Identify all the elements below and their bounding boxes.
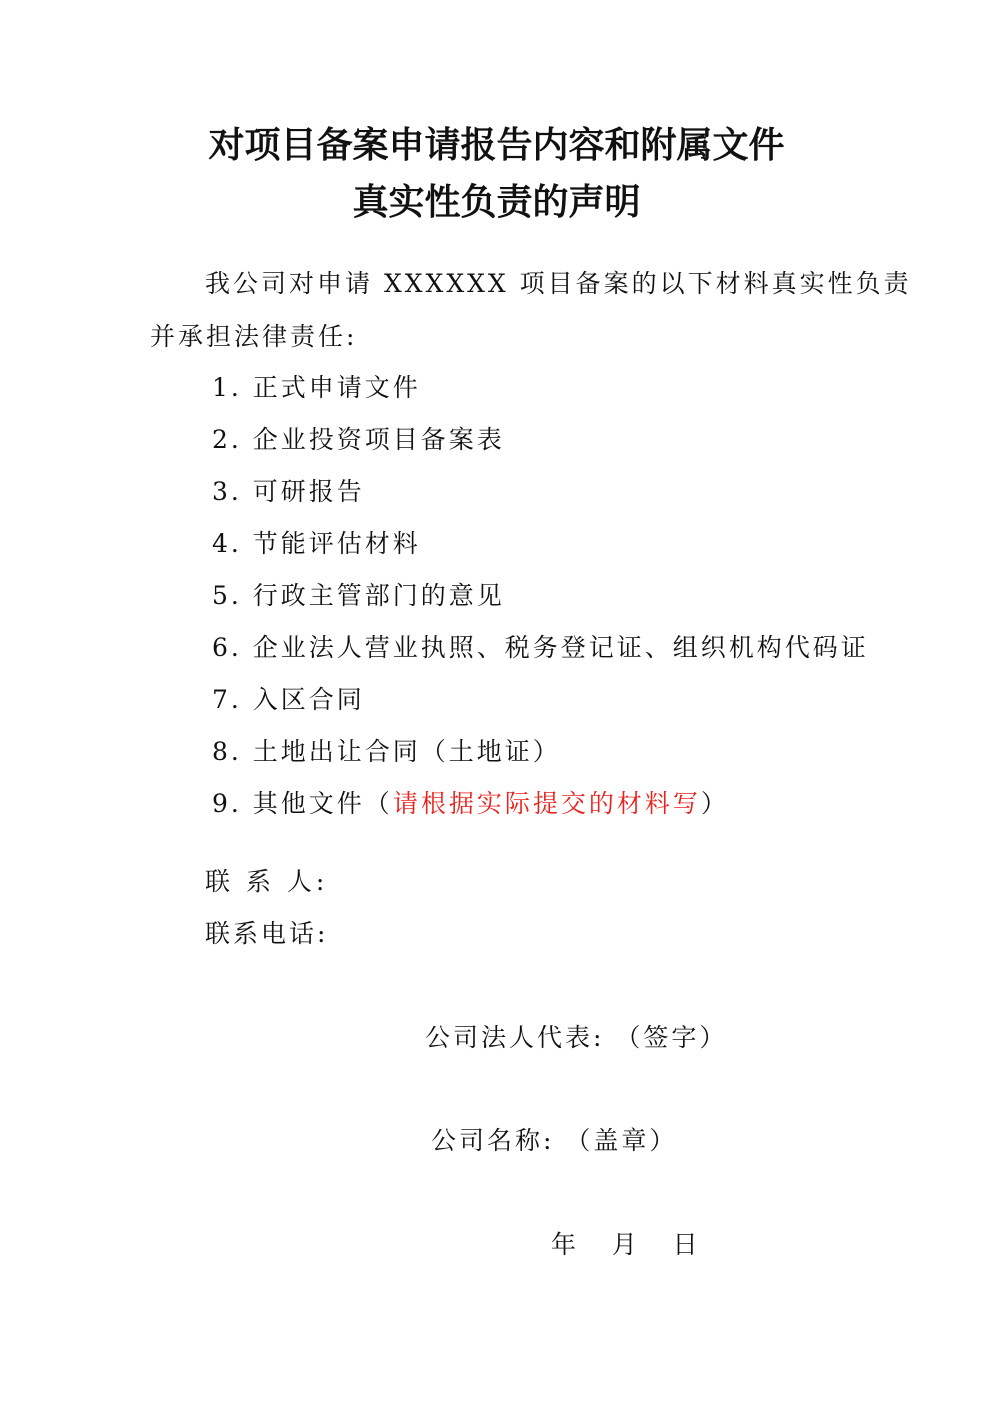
date-line: 年 月 日 — [551, 1229, 701, 1261]
contact-phone-label: 联系电话: — [205, 918, 328, 950]
list-item: 6. 企业法人营业执照、税务登记证、组织机构代码证 — [212, 632, 869, 664]
list-item: 9. 其他文件（请根据实际提交的材料写） — [212, 788, 729, 820]
list-item-suffix: ） — [701, 789, 729, 818]
list-item-label: 9. 其他文件（ — [212, 789, 393, 818]
contact-person-label: 联 系 人: — [205, 866, 328, 898]
document-title-line2: 真实性负责的声明 — [0, 180, 993, 224]
company-name-label: 公司名称: （盖章） — [431, 1125, 677, 1157]
legal-representative-label: 公司法人代表: （签字） — [425, 1022, 727, 1054]
document-title-line1: 对项目备案申请报告内容和附属文件 — [0, 123, 993, 167]
list-item: 3. 可研报告 — [212, 476, 365, 508]
list-item: 2. 企业投资项目备案表 — [212, 424, 505, 456]
list-item: 8. 土地出让合同（土地证） — [212, 736, 561, 768]
intro-line1: 我公司对申请 XXXXXX 项目备案的以下材料真实性负责 — [205, 268, 912, 300]
intro-line2: 并承担法律责任: — [150, 321, 357, 353]
list-item-note: 请根据实际提交的材料写 — [393, 789, 701, 818]
list-item: 5. 行政主管部门的意见 — [212, 580, 505, 612]
list-item: 1. 正式申请文件 — [212, 372, 421, 404]
list-item: 4. 节能评估材料 — [212, 528, 421, 560]
list-item: 7. 入区合同 — [212, 684, 365, 716]
